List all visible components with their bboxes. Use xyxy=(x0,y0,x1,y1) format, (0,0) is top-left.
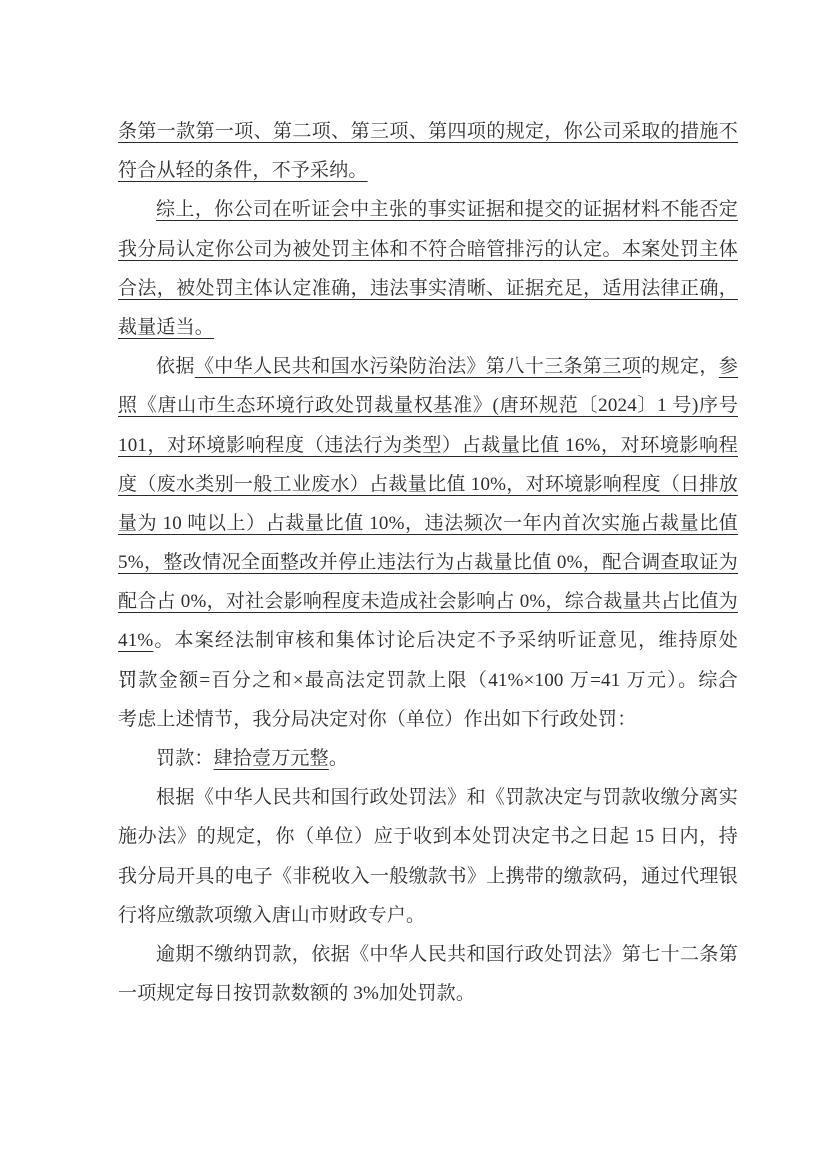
document-line: 合法，被处罚主体认定准确，违法事实清晰、证据充足，适用法律正确， xyxy=(118,269,738,308)
penalty-decision-page: 条第一款第一项、第二项、第三项、第四项的规定，你公司采取的措施不符合从轻的条件，… xyxy=(0,0,824,1164)
underlined-text-segment: 《中华人民共和国水污染防治法》第八十三条第三项 xyxy=(195,356,641,377)
underlined-text-segment: 5%，整改情况全面整改并停止违法行为占裁量比值 0%，配合调查取证为 xyxy=(118,552,738,573)
underlined-text-segment: 41% xyxy=(118,630,153,651)
text-segment: 。 xyxy=(329,748,348,769)
underlined-text-segment: 符合从轻的条件，不予采纳。 xyxy=(118,160,368,181)
underlined-text-segment: 度（废水类别一般工业废水）占裁量比值 10%，对环境影响程度（日排放 xyxy=(118,474,738,495)
underlined-text-segment: 配合占 0%，对社会影响程度未造成社会影响占 0%，综合裁量共占比值为 xyxy=(118,591,738,612)
underlined-text-segment: 肆拾壹万元整 xyxy=(214,748,329,769)
underlined-text-segment: 101，对环境影响程度（违法行为类型）占裁量比值 16%，对环境影响程 xyxy=(118,435,738,456)
document-line: 逾期不缴纳罚款，依据《中华人民共和国行政处罚法》第七十二条第 xyxy=(118,935,738,974)
document-line: 我分局认定你公司为被处罚主体和不符合暗管排污的认定。本案处罚主体 xyxy=(118,230,738,269)
document-line: 罚款：肆拾壹万元整。 xyxy=(118,739,738,778)
document-line: 度（废水类别一般工业废水）占裁量比值 10%，对环境影响程度（日排放 xyxy=(118,465,738,504)
text-segment: 施办法》的规定，你（单位）应于收到本处罚决定书之日起 15 日内，持 xyxy=(118,826,738,847)
document-line: 101，对环境影响程度（违法行为类型）占裁量比值 16%，对环境影响程 xyxy=(118,426,738,465)
document-line: 施办法》的规定，你（单位）应于收到本处罚决定书之日起 15 日内，持 xyxy=(118,817,738,856)
document-body: 条第一款第一项、第二项、第三项、第四项的规定，你公司采取的措施不符合从轻的条件，… xyxy=(118,112,738,1013)
document-line: 罚款金额=百分之和×最高法定罚款上限（41%×100 万=41 万元）。综合 xyxy=(118,661,738,700)
document-line: 条第一款第一项、第二项、第三项、第四项的规定，你公司采取的措施不 xyxy=(118,112,738,151)
document-line: 照《唐山市生态环境行政处罚裁量权基准》(唐环规范〔2024〕1 号)序号 xyxy=(118,386,738,425)
underlined-text-segment: 我分局认定你公司为被处罚主体和不符合暗管排污的认定。本案处罚主体 xyxy=(118,239,738,260)
text-segment: 行将应缴款项缴入唐山市财政专户。 xyxy=(118,905,425,926)
text-segment: 一项规定每日按罚款数额的 3%加处罚款。 xyxy=(118,983,475,1004)
text-segment: 罚款金额=百分之和×最高法定罚款上限（41%×100 万=41 万元）。综合 xyxy=(118,670,738,691)
document-line: 根据《中华人民共和国行政处罚法》和《罚款决定与罚款收缴分离实 xyxy=(118,778,738,817)
text-segment: 罚款： xyxy=(156,748,214,769)
underlined-text-segment: 参 xyxy=(719,356,738,377)
text-segment: 考虑上述情节，我分局决定对你（单位）作出如下行政处罚： xyxy=(118,709,636,730)
document-line: 一项规定每日按罚款数额的 3%加处罚款。 xyxy=(118,974,738,1013)
text-segment: 的规定， xyxy=(641,356,719,377)
document-line: 裁量适当。 xyxy=(118,308,738,347)
document-line: 符合从轻的条件，不予采纳。 xyxy=(118,151,738,190)
underlined-text-segment: 条第一款第一项、第二项、第三项、第四项的规定，你公司采取的措施不 xyxy=(118,121,738,142)
underlined-text-segment: 综上，你公司在听证会中主张的事实证据和提交的证据材料不能否定 xyxy=(156,199,738,220)
document-line: 综上，你公司在听证会中主张的事实证据和提交的证据材料不能否定 xyxy=(118,190,738,229)
document-line: 我分局开具的电子《非税收入一般缴款书》上携带的缴款码，通过代理银 xyxy=(118,857,738,896)
underlined-text-segment: 照《唐山市生态环境行政处罚裁量权基准》(唐环规范〔2024〕1 号)序号 xyxy=(118,395,738,416)
document-line: 行将应缴款项缴入唐山市财政专户。 xyxy=(118,896,738,935)
document-line: 5%，整改情况全面整改并停止违法行为占裁量比值 0%，配合调查取证为 xyxy=(118,543,738,582)
text-segment: 根据《中华人民共和国行政处罚法》和《罚款决定与罚款收缴分离实 xyxy=(156,787,738,808)
document-line: 依据《中华人民共和国水污染防治法》第八十三条第三项的规定，参 xyxy=(118,347,738,386)
underlined-text-segment: 裁量适当。 xyxy=(118,317,214,338)
text-segment: 依据 xyxy=(156,356,195,377)
text-segment: 逾期不缴纳罚款，依据《中华人民共和国行政处罚法》第七十二条第 xyxy=(156,944,738,965)
underlined-text-segment: 量为 10 吨以上）占裁量比值 10%，违法频次一年内首次实施占裁量比值 xyxy=(118,513,738,534)
document-line: 量为 10 吨以上）占裁量比值 10%，违法频次一年内首次实施占裁量比值 xyxy=(118,504,738,543)
document-line: 考虑上述情节，我分局决定对你（单位）作出如下行政处罚： xyxy=(118,700,738,739)
document-line: 配合占 0%，对社会影响程度未造成社会影响占 0%，综合裁量共占比值为 xyxy=(118,582,738,621)
document-line: 41%。本案经法制审核和集体讨论后决定不予采纳听证意见，维持原处罚。 xyxy=(118,621,738,660)
underlined-text-segment: 合法，被处罚主体认定准确，违法事实清晰、证据充足，适用法律正确， xyxy=(118,278,738,299)
text-segment: 我分局开具的电子《非税收入一般缴款书》上携带的缴款码，通过代理银 xyxy=(118,866,738,887)
